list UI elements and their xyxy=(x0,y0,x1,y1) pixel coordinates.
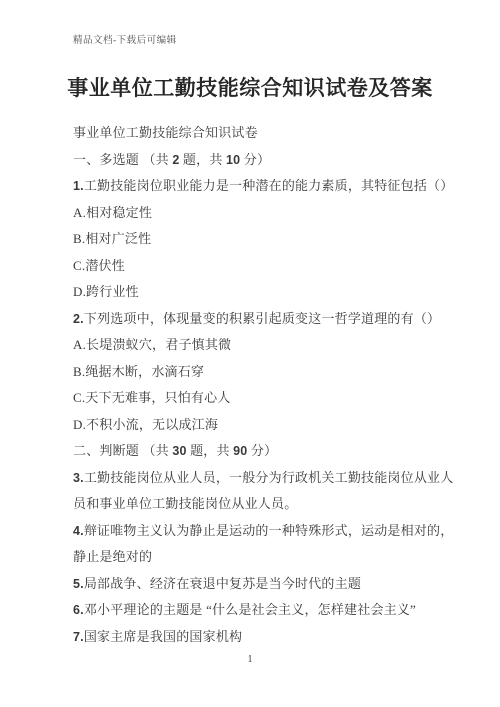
question-2-option-a: A.长堤溃蚁穴，君子慎其微 xyxy=(73,332,455,359)
question-1-option-a: A.相对稳定性 xyxy=(73,200,455,227)
exam-subtitle: 事业单位工勤技能综合知识试卷 xyxy=(73,120,455,147)
question-7-text: 7.国家主席是我国的国家机构 xyxy=(73,624,455,651)
question-2-option-b: B.绳据木断，水滴石穿 xyxy=(73,359,455,386)
question-1-stem: 1.工勤技能岗位职业能力是一种潜在的能力素质，其特征包括（） xyxy=(73,173,455,200)
page-number: 1 xyxy=(248,654,253,665)
document-body: 事业单位工勤技能综合知识试卷 一、多选题 （共 2 题，共 10 分） 1.工勤… xyxy=(73,120,455,650)
question-5-text: 5.局部战争、经济在衰退中复苏是当今时代的主题 xyxy=(73,571,455,598)
page-footer: 1 xyxy=(0,654,500,665)
watermark-note: 精品文档-下载后可编辑 xyxy=(73,32,177,46)
question-2-option-c: C.天下无难事，只怕有心人 xyxy=(73,385,455,412)
question-2-option-d: D.不积小流，无以成江海 xyxy=(73,412,455,439)
question-1-option-c: C.潜伏性 xyxy=(73,253,455,280)
question-1-option-d: D.跨行业性 xyxy=(73,279,455,306)
document-page: 精品文档-下载后可编辑 事业单位工勤技能综合知识试卷及答案 事业单位工勤技能综合… xyxy=(0,0,500,707)
question-4-text: 4.辩证唯物主义认为静止是运动的一种特殊形式，运动是相对的，静止是绝对的 xyxy=(73,518,455,571)
question-1-option-b: B.相对广泛性 xyxy=(73,226,455,253)
question-6-text: 6.邓小平理论的主题是 “什么是社会主义，怎样建社会主义” xyxy=(73,597,455,624)
document-title: 事业单位工勤技能综合知识试卷及答案 xyxy=(0,0,500,102)
question-2-stem: 2.下列选项中，体现量变的积累引起质变这一哲学道理的有（） xyxy=(73,306,455,333)
section-multiple-choice-heading: 一、多选题 （共 2 题，共 10 分） xyxy=(73,147,455,174)
question-3-text: 3.工勤技能岗位从业人员，一般分为行政机关工勤技能岗位从业人员和事业单位工勤技能… xyxy=(73,465,455,518)
section-true-false-heading: 二、判断题 （共 30 题，共 90 分） xyxy=(73,438,455,465)
